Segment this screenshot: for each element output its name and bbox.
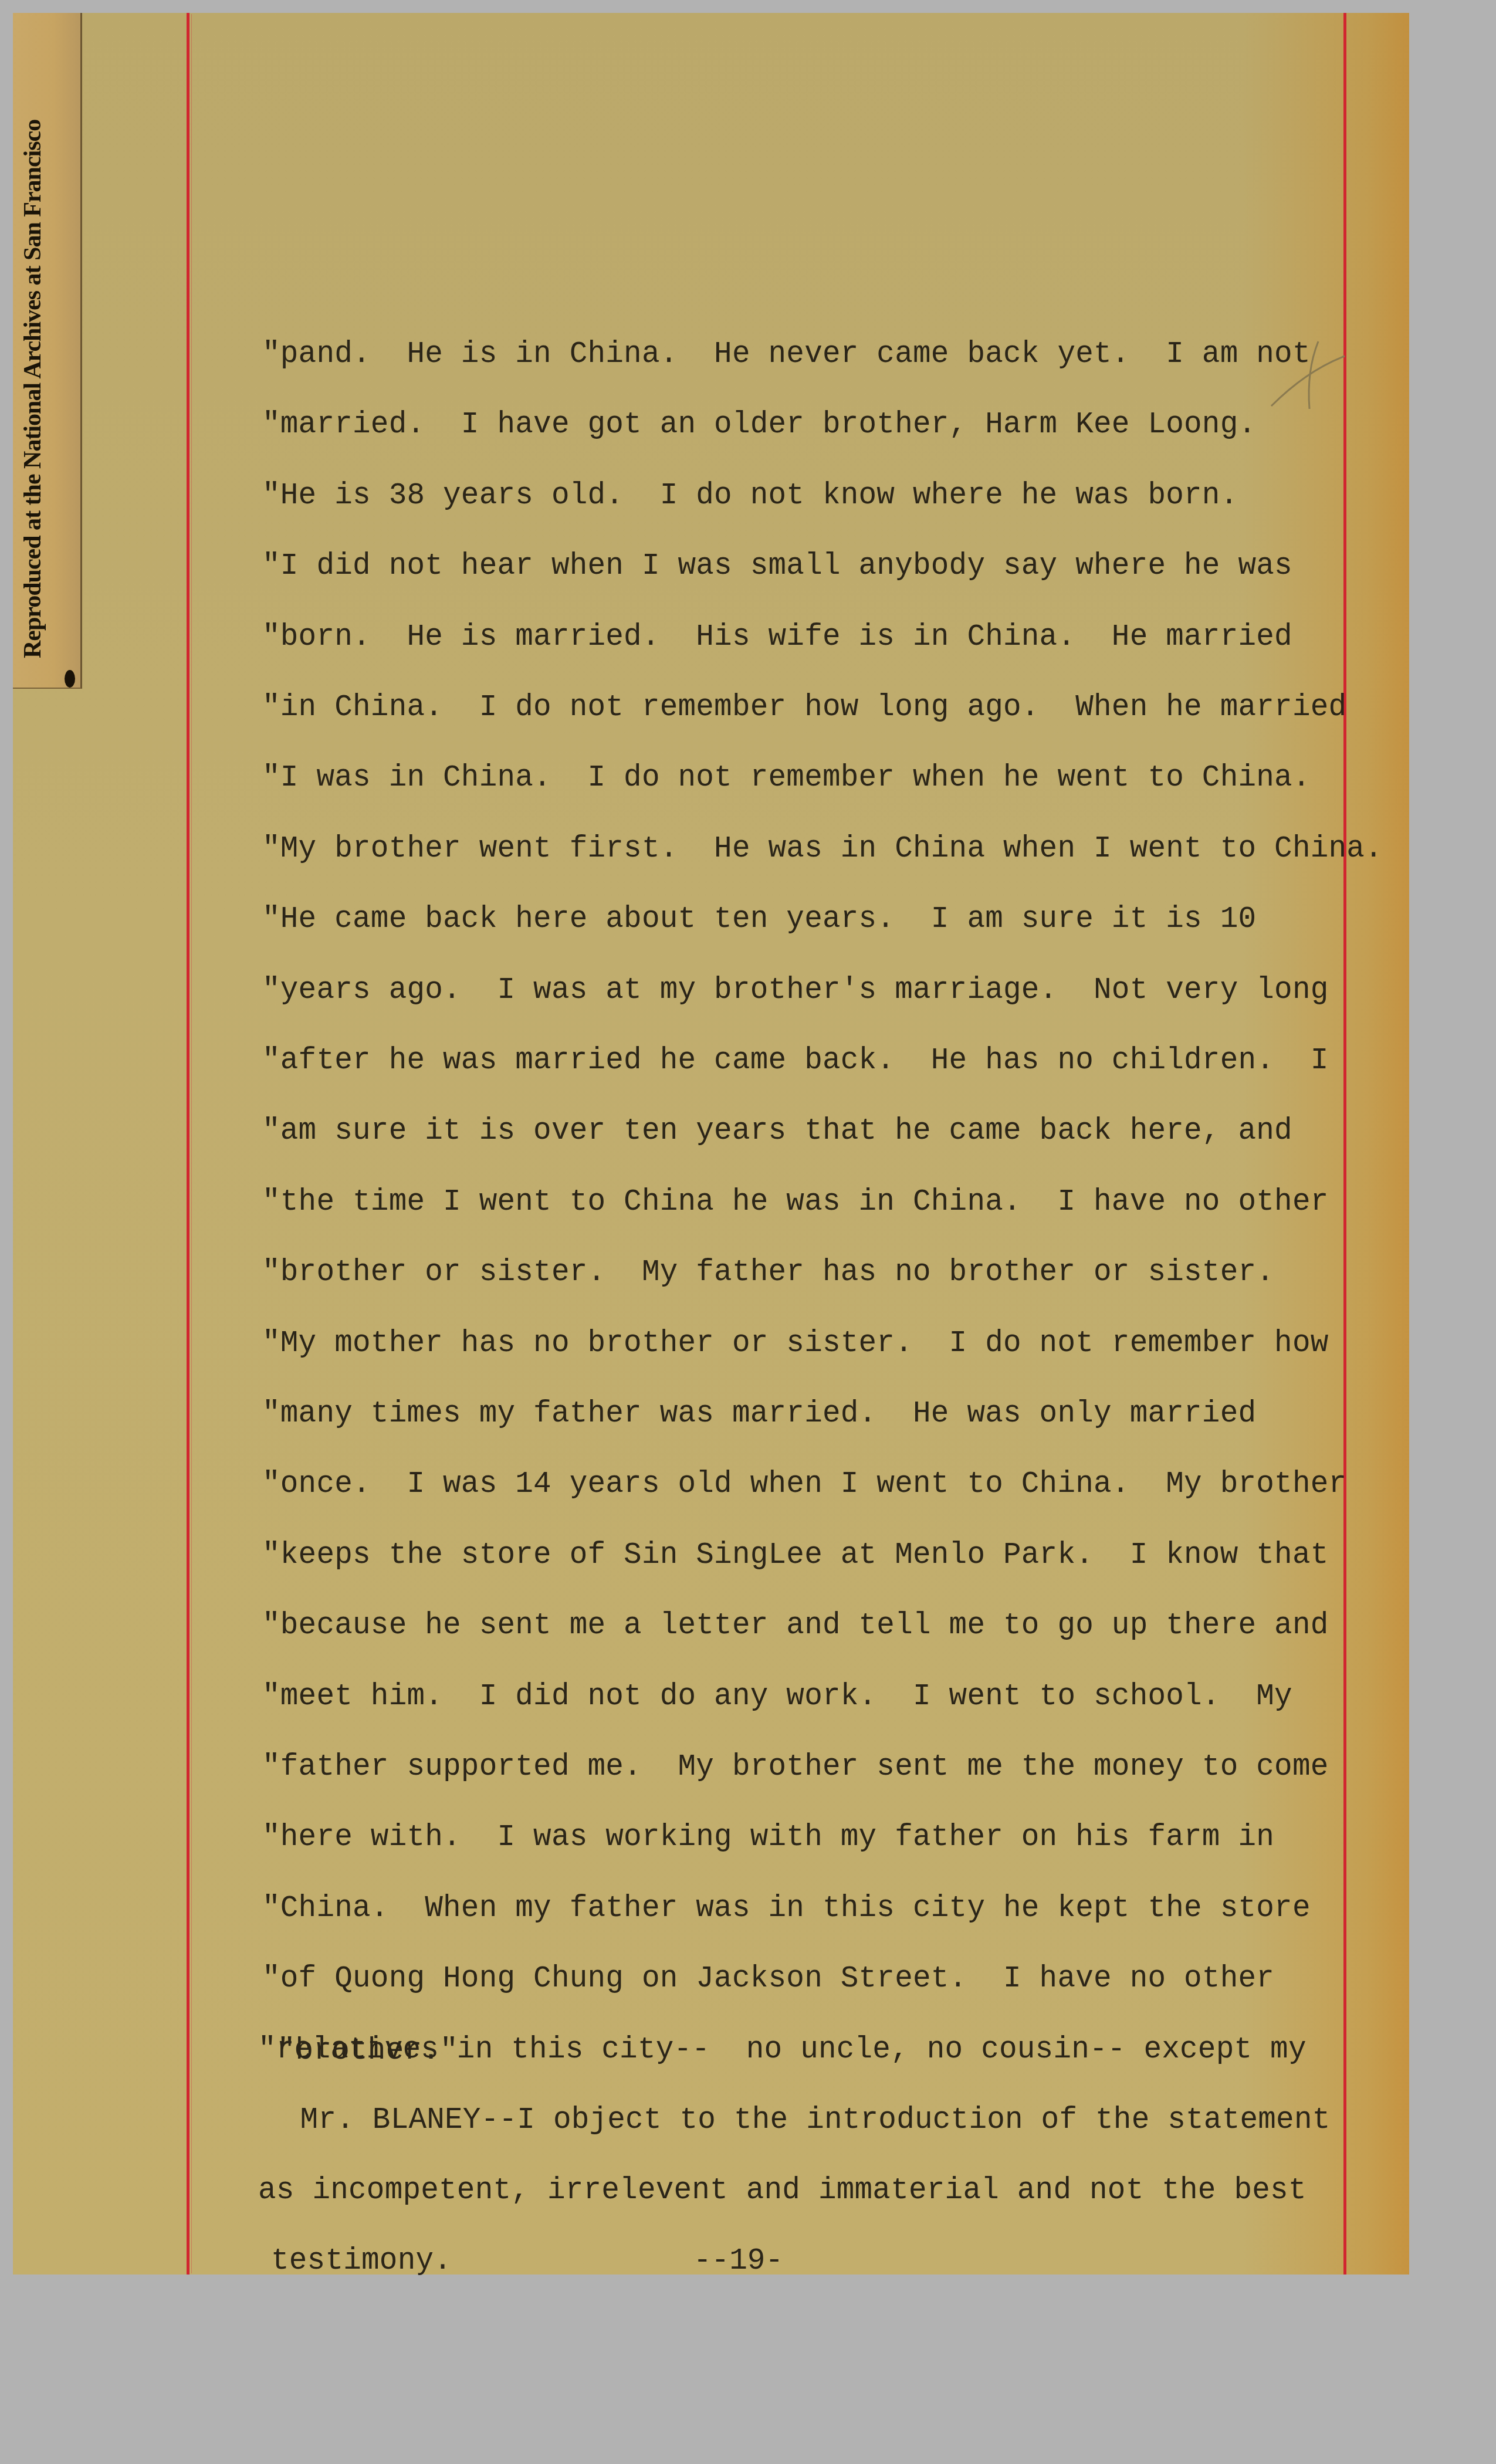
text-line: "many times my father was married. He wa… (262, 1397, 1256, 1432)
text-line: "am sure it is over ten years that he ca… (262, 1114, 1292, 1149)
text-line: "pand. He is in China. He never came bac… (262, 337, 1311, 373)
text-line: "My brother went first. He was in China … (262, 832, 1383, 867)
text-line: "in China. I do not remember how long ag… (262, 691, 1346, 726)
text-line: as incompetent, irrelevent and immateria… (258, 2174, 1307, 2209)
document-page: Reproduced at the National Archives at S… (13, 13, 1409, 2275)
text-line: "of Quong Hong Chung on Jackson Street. … (262, 1962, 1274, 1997)
text-line: "keeps the store of Sin SingLee at Menlo… (262, 1538, 1329, 1573)
text-line: "because he sent me a letter and tell me… (262, 1609, 1329, 1644)
text-line: "here with. I was working with my father… (262, 1820, 1274, 1856)
text-line: "My mother has no brother or sister. I d… (262, 1326, 1329, 1362)
text-line: "meet him. I did not do any work. I went… (262, 1680, 1292, 1715)
text-line: "China. When my father was in this city … (262, 1891, 1311, 1927)
punch-hole-icon (65, 670, 75, 688)
text-line: "I did not hear when I was small anybody… (262, 549, 1292, 584)
text-line: "He is 38 years old. I do not know where… (262, 479, 1238, 514)
text-line: "married. I have got an older brother, H… (262, 408, 1256, 443)
archive-stamp: Reproduced at the National Archives at S… (13, 13, 82, 689)
left-margin-rule (187, 13, 189, 2275)
text-line: "after he was married he came back. He h… (262, 1044, 1329, 1079)
text-line: "brother or sister. My father has no bro… (262, 1255, 1274, 1291)
text-line: testimony. (271, 2244, 452, 2279)
closing-quote-line: "brother." (259, 2034, 458, 2069)
text-line: "born. He is married. His wife is in Chi… (262, 620, 1292, 655)
page-number: --19- (693, 2244, 783, 2279)
objection-line: Mr. BLANEY--I object to the introduction… (264, 2103, 1331, 2138)
text-line: "the time I went to China he was in Chin… (262, 1185, 1329, 1220)
text-line: "years ago. I was at my brother's marria… (262, 973, 1329, 1008)
text-line: "father supported me. My brother sent me… (262, 1750, 1329, 1785)
archive-stamp-text: Reproduced at the National Archives at S… (19, 120, 47, 658)
text-line: "I was in China. I do not remember when … (262, 761, 1311, 796)
text-line: "He came back here about ten years. I am… (262, 902, 1256, 937)
text-line: "once. I was 14 years old when I went to… (262, 1467, 1346, 1502)
